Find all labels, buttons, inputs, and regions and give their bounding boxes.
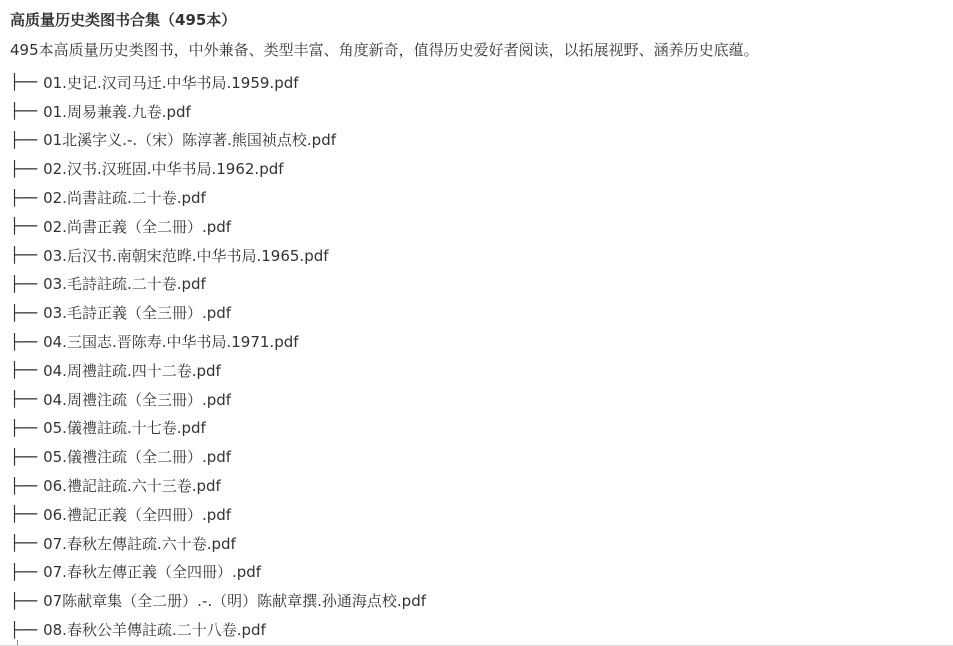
file-item: ├── 07.春秋左傳註疏.六十卷.pdf (10, 529, 953, 558)
tree-branch-icon: ├── (10, 333, 37, 351)
file-item: ├── 04.三国志.晋陈寿.中华书局.1971.pdf (10, 327, 953, 356)
tree-branch-icon: ├── (10, 534, 37, 552)
tree-branch-icon: ├── (10, 621, 37, 639)
file-name: 07.春秋左傳註疏.六十卷.pdf (43, 533, 236, 554)
tree-branch-icon: ├── (10, 361, 37, 379)
file-item: ├── 03.毛詩註疏.二十卷.pdf (10, 270, 953, 299)
tree-branch-icon: ├── (10, 477, 37, 495)
file-item: ├── 02.汉书.汉班固.中华书局.1962.pdf (10, 154, 953, 183)
tree-branch-icon: ├── (10, 275, 37, 293)
file-name: 06.禮記註疏.六十三卷.pdf (43, 475, 221, 496)
file-name: 05.儀禮註疏.十七卷.pdf (43, 417, 206, 438)
page-title: 高质量历史类图书合集（495本） (10, 12, 953, 28)
tree-branch-icon: ├── (10, 217, 37, 235)
file-item: ├── 08.春秋公羊傳註疏.二十八卷.pdf (10, 615, 953, 644)
file-name: 02.汉书.汉班固.中华书局.1962.pdf (43, 158, 283, 179)
tree-branch-icon: ├── (10, 102, 37, 120)
file-name: 05.儀禮注疏（全二冊）.pdf (43, 446, 231, 467)
file-name: 03.毛詩正義（全三冊）.pdf (43, 302, 231, 323)
file-name: 04.三国志.晋陈寿.中华书局.1971.pdf (43, 331, 298, 352)
file-name: 07.春秋左傳正義（全四冊）.pdf (43, 561, 261, 582)
tree-branch-icon: ├── (10, 563, 37, 581)
file-name: 02.尚書註疏.二十卷.pdf (43, 187, 206, 208)
tree-branch-icon: ├── (10, 505, 37, 523)
file-name: 07陈献章集（全二册）.-.（明）陈献章撰.孙通海点校.pdf (43, 590, 426, 611)
file-name: 08.春秋公羊傳註疏.二十八卷.pdf (43, 619, 266, 640)
file-name: 03.毛詩註疏.二十卷.pdf (43, 273, 206, 294)
file-item: ├── 01.史记.汉司马迁.中华书局.1959.pdf (10, 68, 953, 97)
file-name: 01.周易兼義.九卷.pdf (43, 101, 191, 122)
file-name: 01北溪字义.-.（宋）陈淳著.熊国祯点校.pdf (43, 129, 336, 150)
file-name: 04.周禮註疏.四十二卷.pdf (43, 360, 221, 381)
file-name: 06.禮記正義（全四冊）.pdf (43, 504, 231, 525)
tree-branch-icon: ├── (10, 448, 37, 466)
tree-branch-icon: ├── (10, 390, 37, 408)
tree-branch-icon: ├── (10, 73, 37, 91)
file-item: ├── 05.儀禮註疏.十七卷.pdf (10, 414, 953, 443)
tree-branch-icon: ├── (10, 419, 37, 437)
file-name: 03.后汉书.南朝宋范晔.中华书局.1965.pdf (43, 245, 328, 266)
file-item: ├── 07陈献章集（全二册）.-.（明）陈献章撰.孙通海点校.pdf (10, 586, 953, 615)
file-name: 02.尚書正義（全二冊）.pdf (43, 216, 231, 237)
file-item: ├── 06.禮記註疏.六十三卷.pdf (10, 471, 953, 500)
file-item: ├── 04.周禮注疏（全三冊）.pdf (10, 385, 953, 414)
file-item: ├── 04.周禮註疏.四十二卷.pdf (10, 356, 953, 385)
document-page: 高质量历史类图书合集（495本） 495本高质量历史类图书，中外兼备、类型丰富、… (0, 0, 953, 646)
file-item: ├── 03.后汉书.南朝宋范晔.中华书局.1965.pdf (10, 241, 953, 270)
tree-branch-icon: ├── (10, 189, 37, 207)
file-item: ├── 02.尚書正義（全二冊）.pdf (10, 212, 953, 241)
file-item: ├── 06.禮記正義（全四冊）.pdf (10, 500, 953, 529)
file-item: ├── 05.儀禮注疏（全二冊）.pdf (10, 442, 953, 471)
file-item: ├── 07.春秋左傳正義（全四冊）.pdf (10, 558, 953, 587)
file-tree: ├── 01.史记.汉司马迁.中华书局.1959.pdf ├── 01.周易兼義… (10, 68, 953, 644)
tree-branch-icon: ├── (10, 304, 37, 322)
file-name: 01.史记.汉司马迁.中华书局.1959.pdf (43, 72, 298, 93)
file-name: 04.周禮注疏（全三冊）.pdf (43, 389, 231, 410)
file-item: ├── 03.毛詩正義（全三冊）.pdf (10, 298, 953, 327)
file-item: ├── 02.尚書註疏.二十卷.pdf (10, 183, 953, 212)
file-item: ├── 01.周易兼義.九卷.pdf (10, 97, 953, 126)
tree-branch-icon: ├── (10, 160, 37, 178)
page-subtitle: 495本高质量历史类图书，中外兼备、类型丰富、角度新奇，值得历史爱好者阅读，以拓… (10, 42, 953, 58)
file-item: ├── 01北溪字义.-.（宋）陈淳著.熊国祯点校.pdf (10, 126, 953, 155)
tree-branch-icon: ├── (10, 131, 37, 149)
tree-branch-icon: ├── (10, 246, 37, 264)
tree-branch-icon: ├── (10, 592, 37, 610)
